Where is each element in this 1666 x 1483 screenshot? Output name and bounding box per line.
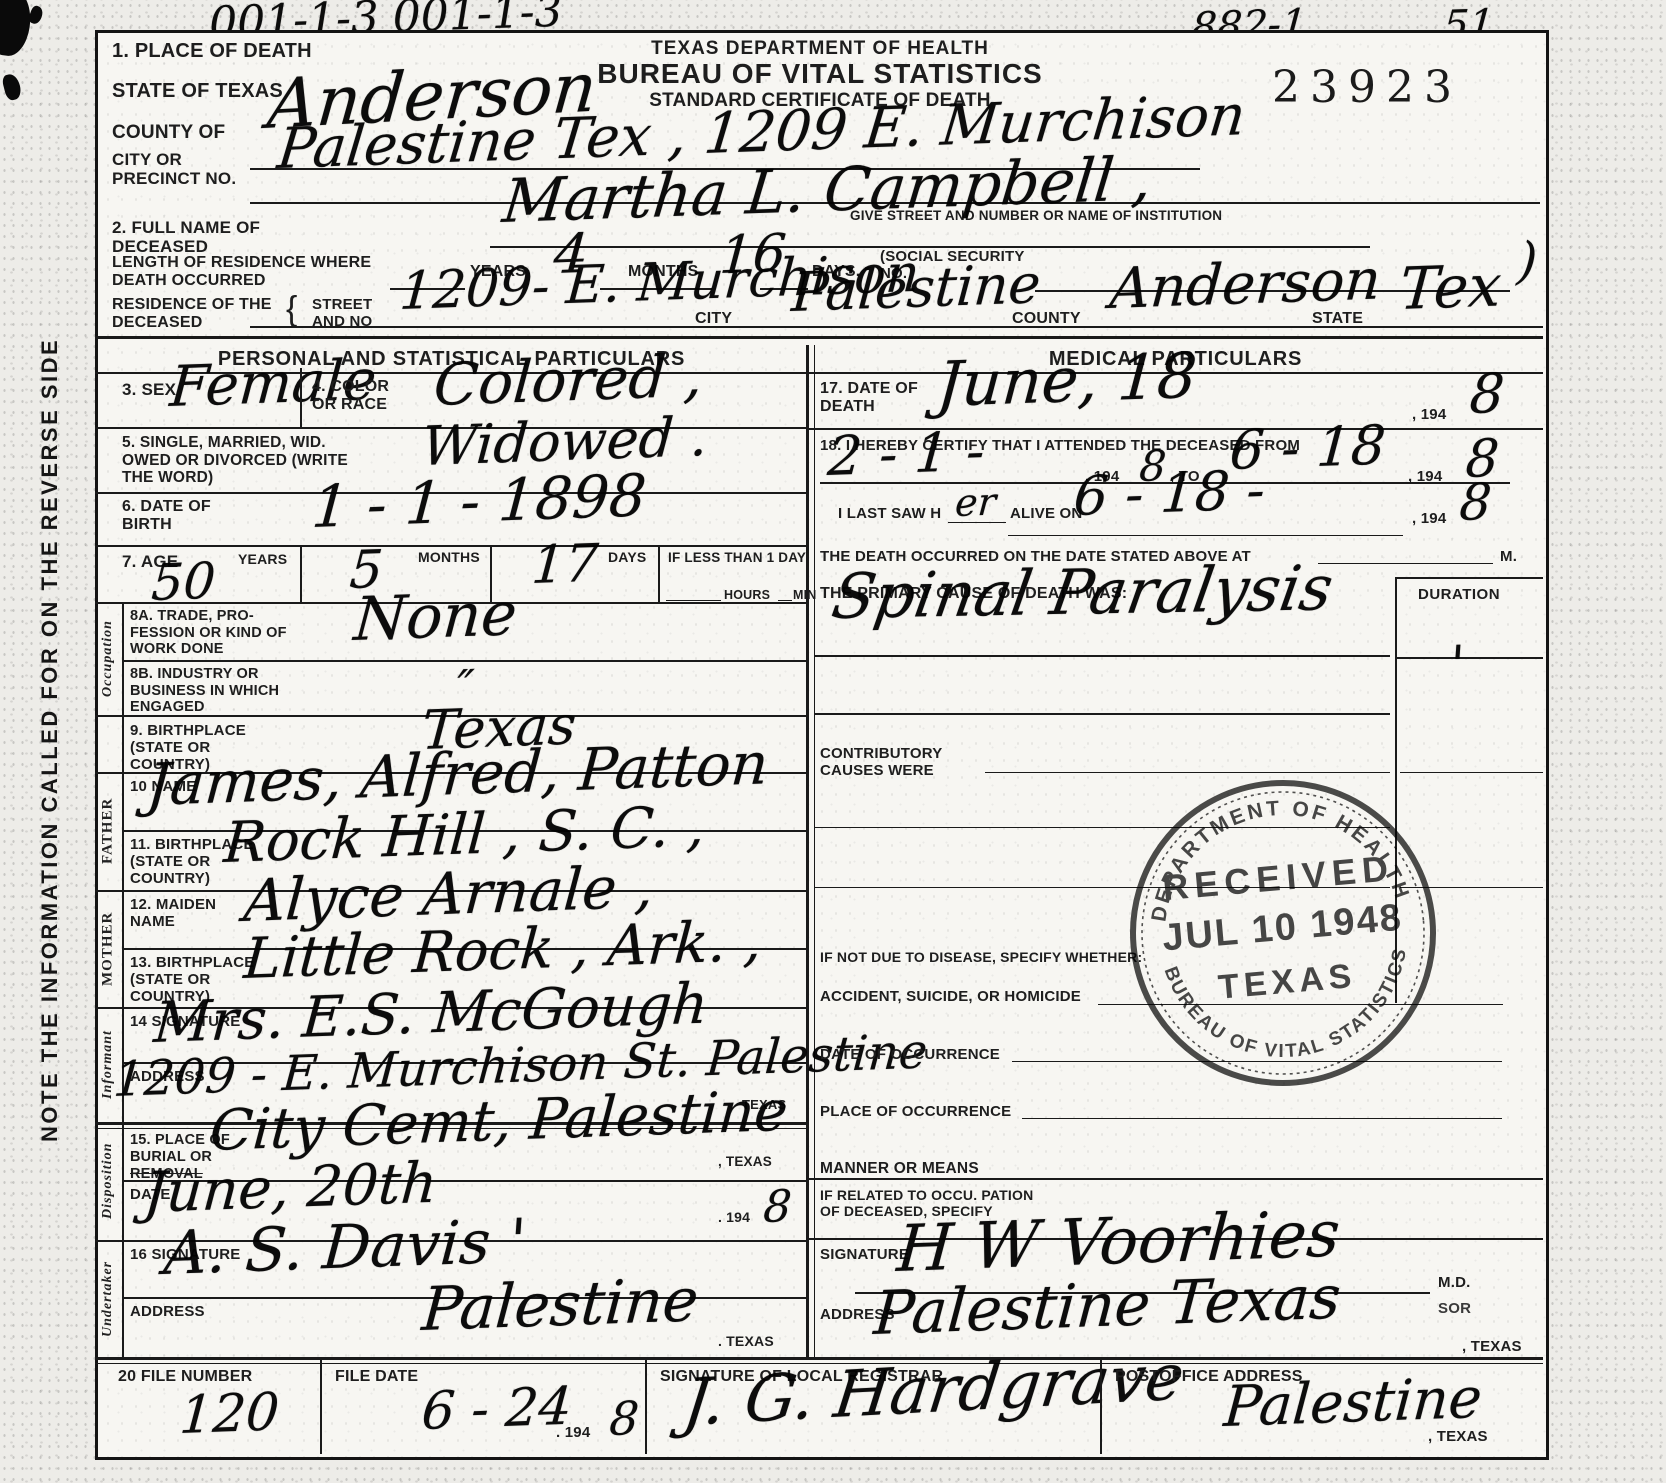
burial-year-hw: 8 bbox=[762, 1185, 793, 1230]
rule bbox=[1022, 1118, 1502, 1119]
manner-means-label: MANNER OR MEANS bbox=[820, 1160, 979, 1178]
rule bbox=[808, 1178, 1543, 1180]
gutter-undertaker: Undertaker bbox=[95, 1240, 121, 1357]
accident-label: ACCIDENT, SUICIDE, OR HOMICIDE bbox=[820, 988, 1081, 1005]
state-of-texas-label: STATE OF TEXAS bbox=[112, 80, 283, 103]
scanned-death-certificate: 001-1-3 001-1-3 882-1 51 NOTE THE INFORM… bbox=[0, 0, 1666, 1483]
rule bbox=[250, 326, 1543, 328]
hours-label: HOURS bbox=[724, 588, 770, 602]
min-label: MIN bbox=[793, 588, 817, 602]
race-label: 4. COLOR OR RACE bbox=[312, 378, 412, 414]
maiden-name-label: 12. MAIDEN NAME bbox=[130, 896, 240, 930]
rule bbox=[1008, 535, 1403, 536]
column-divider-inner bbox=[814, 345, 815, 1357]
age-years-value: 50 bbox=[150, 556, 217, 608]
last-saw-fill: er bbox=[954, 482, 997, 522]
gutter-mother: MOTHER bbox=[95, 890, 121, 1008]
length-of-residence-label: LENGTH OF RESIDENCE WHERE DEATH OCCURRED bbox=[112, 254, 412, 290]
if-less-than-day-label: IF LESS THAN 1 DAY bbox=[668, 550, 808, 565]
place-of-death-label: 1. PLACE OF DEATH bbox=[112, 40, 312, 63]
md-label: M.D. bbox=[1438, 1274, 1470, 1291]
residence-label: RESIDENCE OF THE DECEASED bbox=[112, 296, 272, 332]
gutter-disposition: Disposition bbox=[95, 1122, 121, 1240]
file-date-year-printed: . 194 bbox=[556, 1424, 590, 1441]
occurred-m-label: M. bbox=[1500, 548, 1517, 565]
column-divider bbox=[806, 345, 809, 1357]
burial-state-printed: , TEXAS bbox=[718, 1154, 772, 1169]
file-date-label: FILE DATE bbox=[335, 1368, 418, 1386]
file-date-year-hw: 8 bbox=[608, 1395, 640, 1442]
burial-year-printed: . 194 bbox=[718, 1210, 750, 1226]
undertaker-address-label: ADDRESS bbox=[130, 1303, 205, 1320]
date-of-death-year-hw: 8 bbox=[1468, 367, 1506, 422]
city-precinct-label: CITY OR PRECINCT NO. bbox=[112, 150, 262, 189]
last-saw-label-1: I LAST SAW H bbox=[838, 505, 941, 522]
dept-title-line2: BUREAU OF VITAL STATISTICS bbox=[520, 58, 1120, 90]
scan-artifact bbox=[0, 0, 34, 58]
full-name-label: 2. FULL NAME OF DECEASED bbox=[112, 218, 282, 257]
physician-address-value: Palestine Texas bbox=[872, 1268, 1343, 1344]
rule bbox=[95, 545, 808, 547]
last-saw-year-printed: , 194 bbox=[1412, 510, 1446, 527]
duration-box-top bbox=[1395, 577, 1543, 579]
age-days-value: 17 bbox=[530, 538, 600, 592]
cell-divider bbox=[300, 545, 302, 602]
undertaker-address-state: . TEXAS bbox=[718, 1334, 774, 1350]
rule bbox=[815, 655, 1390, 657]
rule bbox=[666, 600, 721, 601]
attended-from-value: 2 - 1 - bbox=[826, 424, 986, 484]
file-number-value: 120 bbox=[178, 1386, 281, 1442]
undertaker-address-value: Palestine bbox=[420, 1270, 700, 1340]
contributory-label: CONTRIBUTORY CAUSES WERE bbox=[820, 745, 990, 779]
race-value: Colored , bbox=[432, 346, 705, 414]
industry-label: 8B. INDUSTRY OR BUSINESS IN WHICH ENGAGE… bbox=[130, 666, 315, 716]
date-of-death-label: 17. DATE OF DEATH bbox=[820, 380, 930, 416]
sor-label: SOR bbox=[1438, 1300, 1471, 1317]
certificate-number: 23923 bbox=[1272, 62, 1462, 113]
rule bbox=[1395, 657, 1543, 659]
cell-divider bbox=[320, 1357, 322, 1454]
gutter-occupation: Occupation bbox=[95, 602, 121, 715]
not-disease-label: IF NOT DUE TO DISEASE, SPECIFY WHETHER: bbox=[820, 950, 1142, 966]
last-saw-value: 6 - 18 - bbox=[1072, 463, 1267, 524]
postoffice-value: Palestine bbox=[1222, 1371, 1484, 1436]
reverse-side-note: NOTE THE INFORMATION CALLED FOR ON THE R… bbox=[30, 290, 70, 1190]
stamp-state-text: TEXAS bbox=[1217, 957, 1358, 1007]
file-date-value: 6 - 24 bbox=[420, 1381, 573, 1438]
sex-label: 3. SEX bbox=[122, 380, 176, 399]
cell-divider bbox=[1100, 1357, 1102, 1454]
age-years-label: YEARS bbox=[238, 552, 287, 568]
physician-address-state: , TEXAS bbox=[1462, 1338, 1522, 1355]
postoffice-state: , TEXAS bbox=[1428, 1428, 1488, 1445]
dob-value: 1 - 1 - 1898 bbox=[310, 466, 648, 536]
trade-value: None bbox=[352, 584, 519, 650]
cell-divider bbox=[300, 368, 302, 427]
date-of-death-value: June, 18 bbox=[935, 345, 1199, 416]
stamp-date-text: JUL 10 1948 bbox=[1161, 897, 1405, 960]
residence-county-value: Anderson bbox=[1108, 252, 1383, 318]
rule bbox=[1318, 563, 1493, 564]
residence-brace: { bbox=[286, 290, 298, 329]
residence-state-value: Tex bbox=[1398, 256, 1503, 318]
received-stamp-icon: DEPARTMENT OF HEALTH BUREAU OF VITAL STA… bbox=[1104, 754, 1462, 1112]
scan-artifact bbox=[27, 4, 44, 25]
trade-label: 8A. TRADE, PRO- FESSION OR KIND OF WORK … bbox=[130, 608, 315, 658]
date-of-death-year-printed: , 194 bbox=[1412, 406, 1446, 423]
residence-city-value: Palestine bbox=[790, 257, 1042, 320]
date-occurrence-label: DATE OF OCCURRENCE bbox=[820, 1046, 1000, 1063]
place-occurrence-label: PLACE OF OCCURRENCE bbox=[820, 1103, 1011, 1120]
county-label: COUNTY OF bbox=[112, 122, 225, 144]
age-days-label: DAYS bbox=[608, 550, 646, 566]
primary-cause-value: Spinal Paralysis bbox=[828, 557, 1337, 628]
rule bbox=[778, 600, 792, 601]
duration-label: DURATION bbox=[1418, 586, 1500, 603]
cell-divider bbox=[658, 545, 660, 602]
cell-divider bbox=[645, 1357, 647, 1454]
gutter-father: FATHER bbox=[95, 772, 121, 890]
rule bbox=[948, 522, 1006, 523]
scan-artifact bbox=[1, 72, 23, 101]
dept-title-line1: TEXAS DEPARTMENT OF HEALTH bbox=[540, 38, 1100, 60]
ssn-paren-mark: ) bbox=[1516, 235, 1539, 286]
dob-label: 6. DATE OF BIRTH bbox=[122, 498, 222, 534]
rule bbox=[815, 713, 1390, 715]
rule bbox=[95, 336, 1543, 339]
last-saw-year-hw: 8 bbox=[1458, 477, 1493, 528]
age-months-label: MONTHS bbox=[418, 550, 480, 566]
